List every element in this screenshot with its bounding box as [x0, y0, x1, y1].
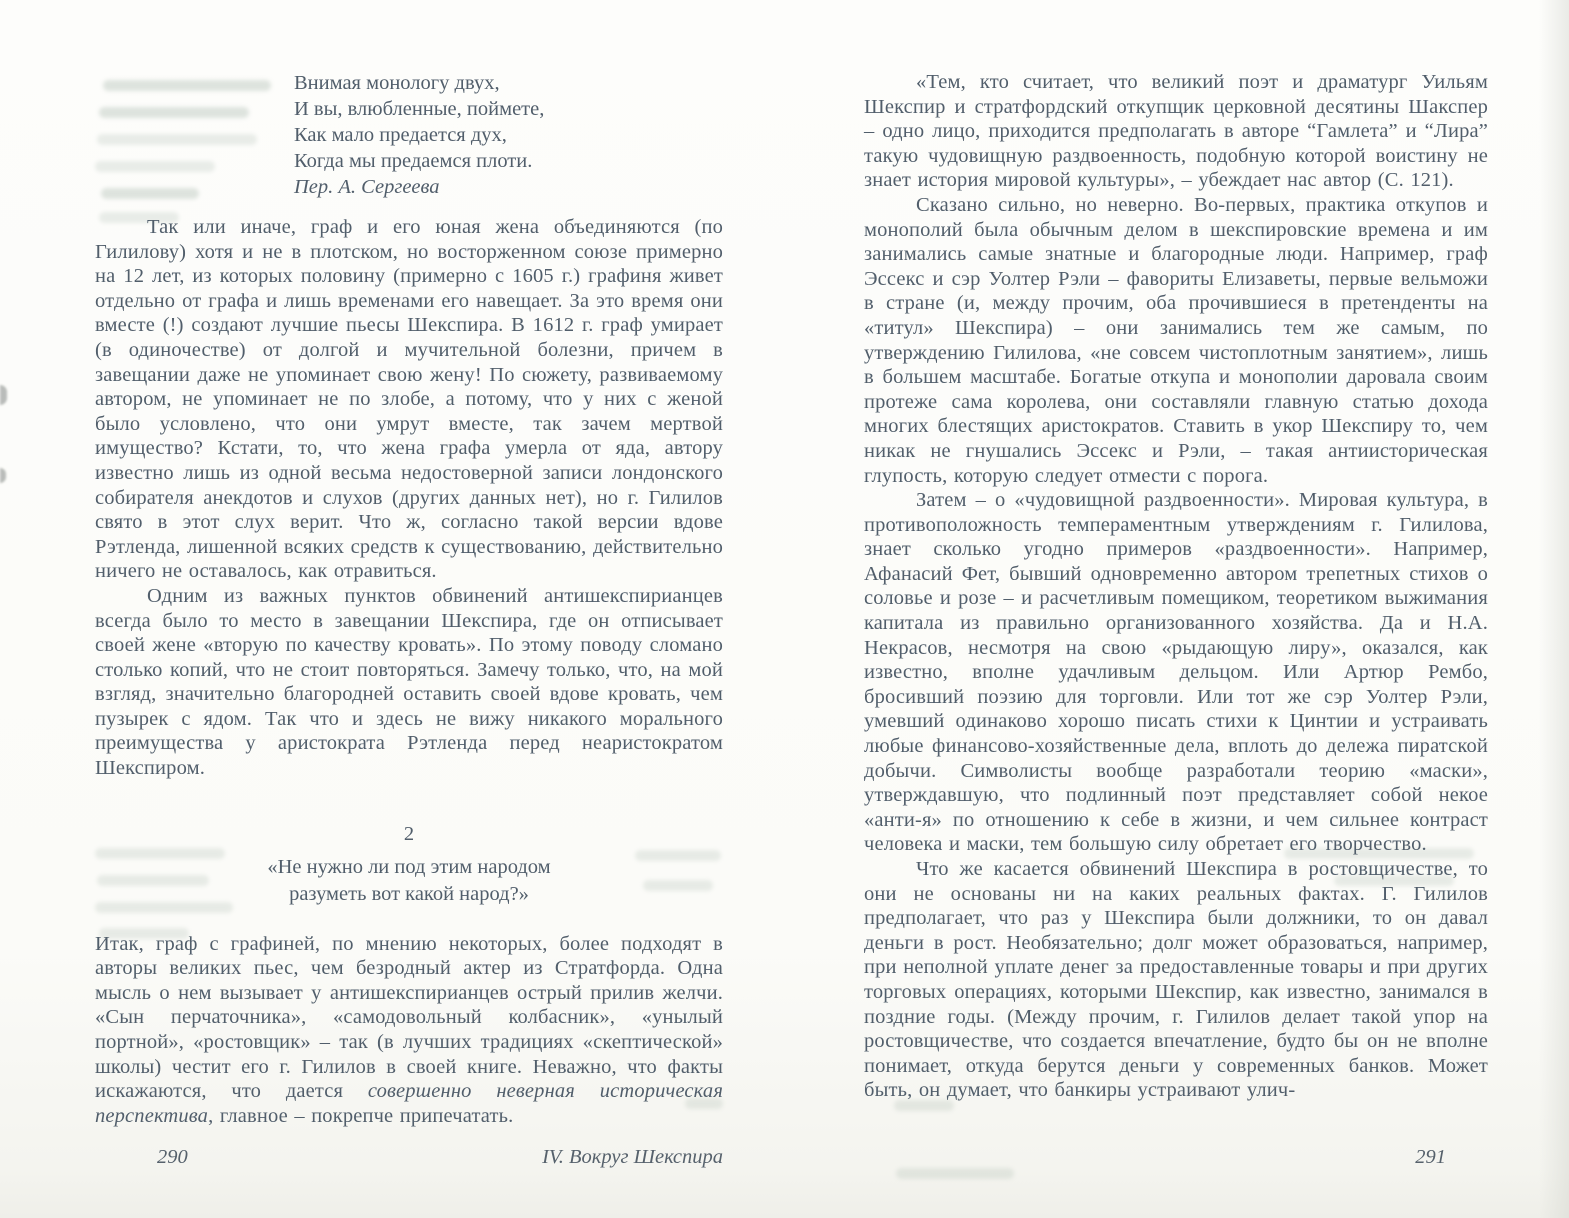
running-title: IV. Вокруг Шекспира [542, 1146, 723, 1169]
paragraph: Затем – о «чудовищной раздвоенности». Ми… [864, 488, 1488, 857]
page-left: Внимая монологу двух, И вы, влюбленные, … [95, 0, 723, 1218]
poem-line: И вы, влюбленные, поймете, [294, 96, 723, 122]
poem-line: Внимая монологу двух, [294, 70, 723, 96]
section-heading: 2 «Не нужно ли под этим народом разуметь… [95, 821, 723, 908]
paragraph: Что же касается обвинений Шекспира в рос… [864, 857, 1488, 1103]
poem-line: Как мало предается дух, [294, 122, 723, 148]
paragraph: Одним из важных пунктов обвинений антише… [95, 584, 723, 781]
paragraph: Итак, граф с графиней, по мнению некотор… [95, 932, 723, 1129]
paragraph-text: Итак, граф с графиней, по мнению некотор… [95, 933, 723, 1103]
poem-epigraph: Внимая монологу двух, И вы, влюбленные, … [294, 70, 723, 200]
page-right: «Тем, кто считает, что великий поэт и др… [864, 0, 1488, 1218]
scan-artifact [0, 385, 7, 405]
page-number: 291 [1415, 1146, 1446, 1169]
paragraph-text: , главное – покрепче припечатать. [208, 1105, 513, 1127]
scan-artifact [0, 468, 6, 483]
paragraph: Так или иначе, граф и его юная жена объе… [95, 215, 723, 584]
right-page-content: «Тем, кто считает, что великий поэт и др… [864, 70, 1488, 1103]
poem-line: Когда мы предаемся плоти. [294, 148, 723, 174]
paragraph: Сказано сильно, но неверно. Во-первых, п… [864, 193, 1488, 488]
book-spread: Внимая монологу двух, И вы, влюбленные, … [0, 0, 1569, 1218]
page-number: 290 [157, 1146, 188, 1169]
section-title-line: «Не нужно ли под этим народом [95, 854, 723, 881]
section-title-line: разуметь вот какой народ?» [95, 881, 723, 908]
section-number: 2 [95, 821, 723, 848]
paragraph: «Тем, кто считает, что великий поэт и др… [864, 70, 1488, 193]
poem-attribution: Пер. А. Сергеева [294, 174, 723, 200]
left-page-content: Внимая монологу двух, И вы, влюбленные, … [95, 70, 723, 1128]
